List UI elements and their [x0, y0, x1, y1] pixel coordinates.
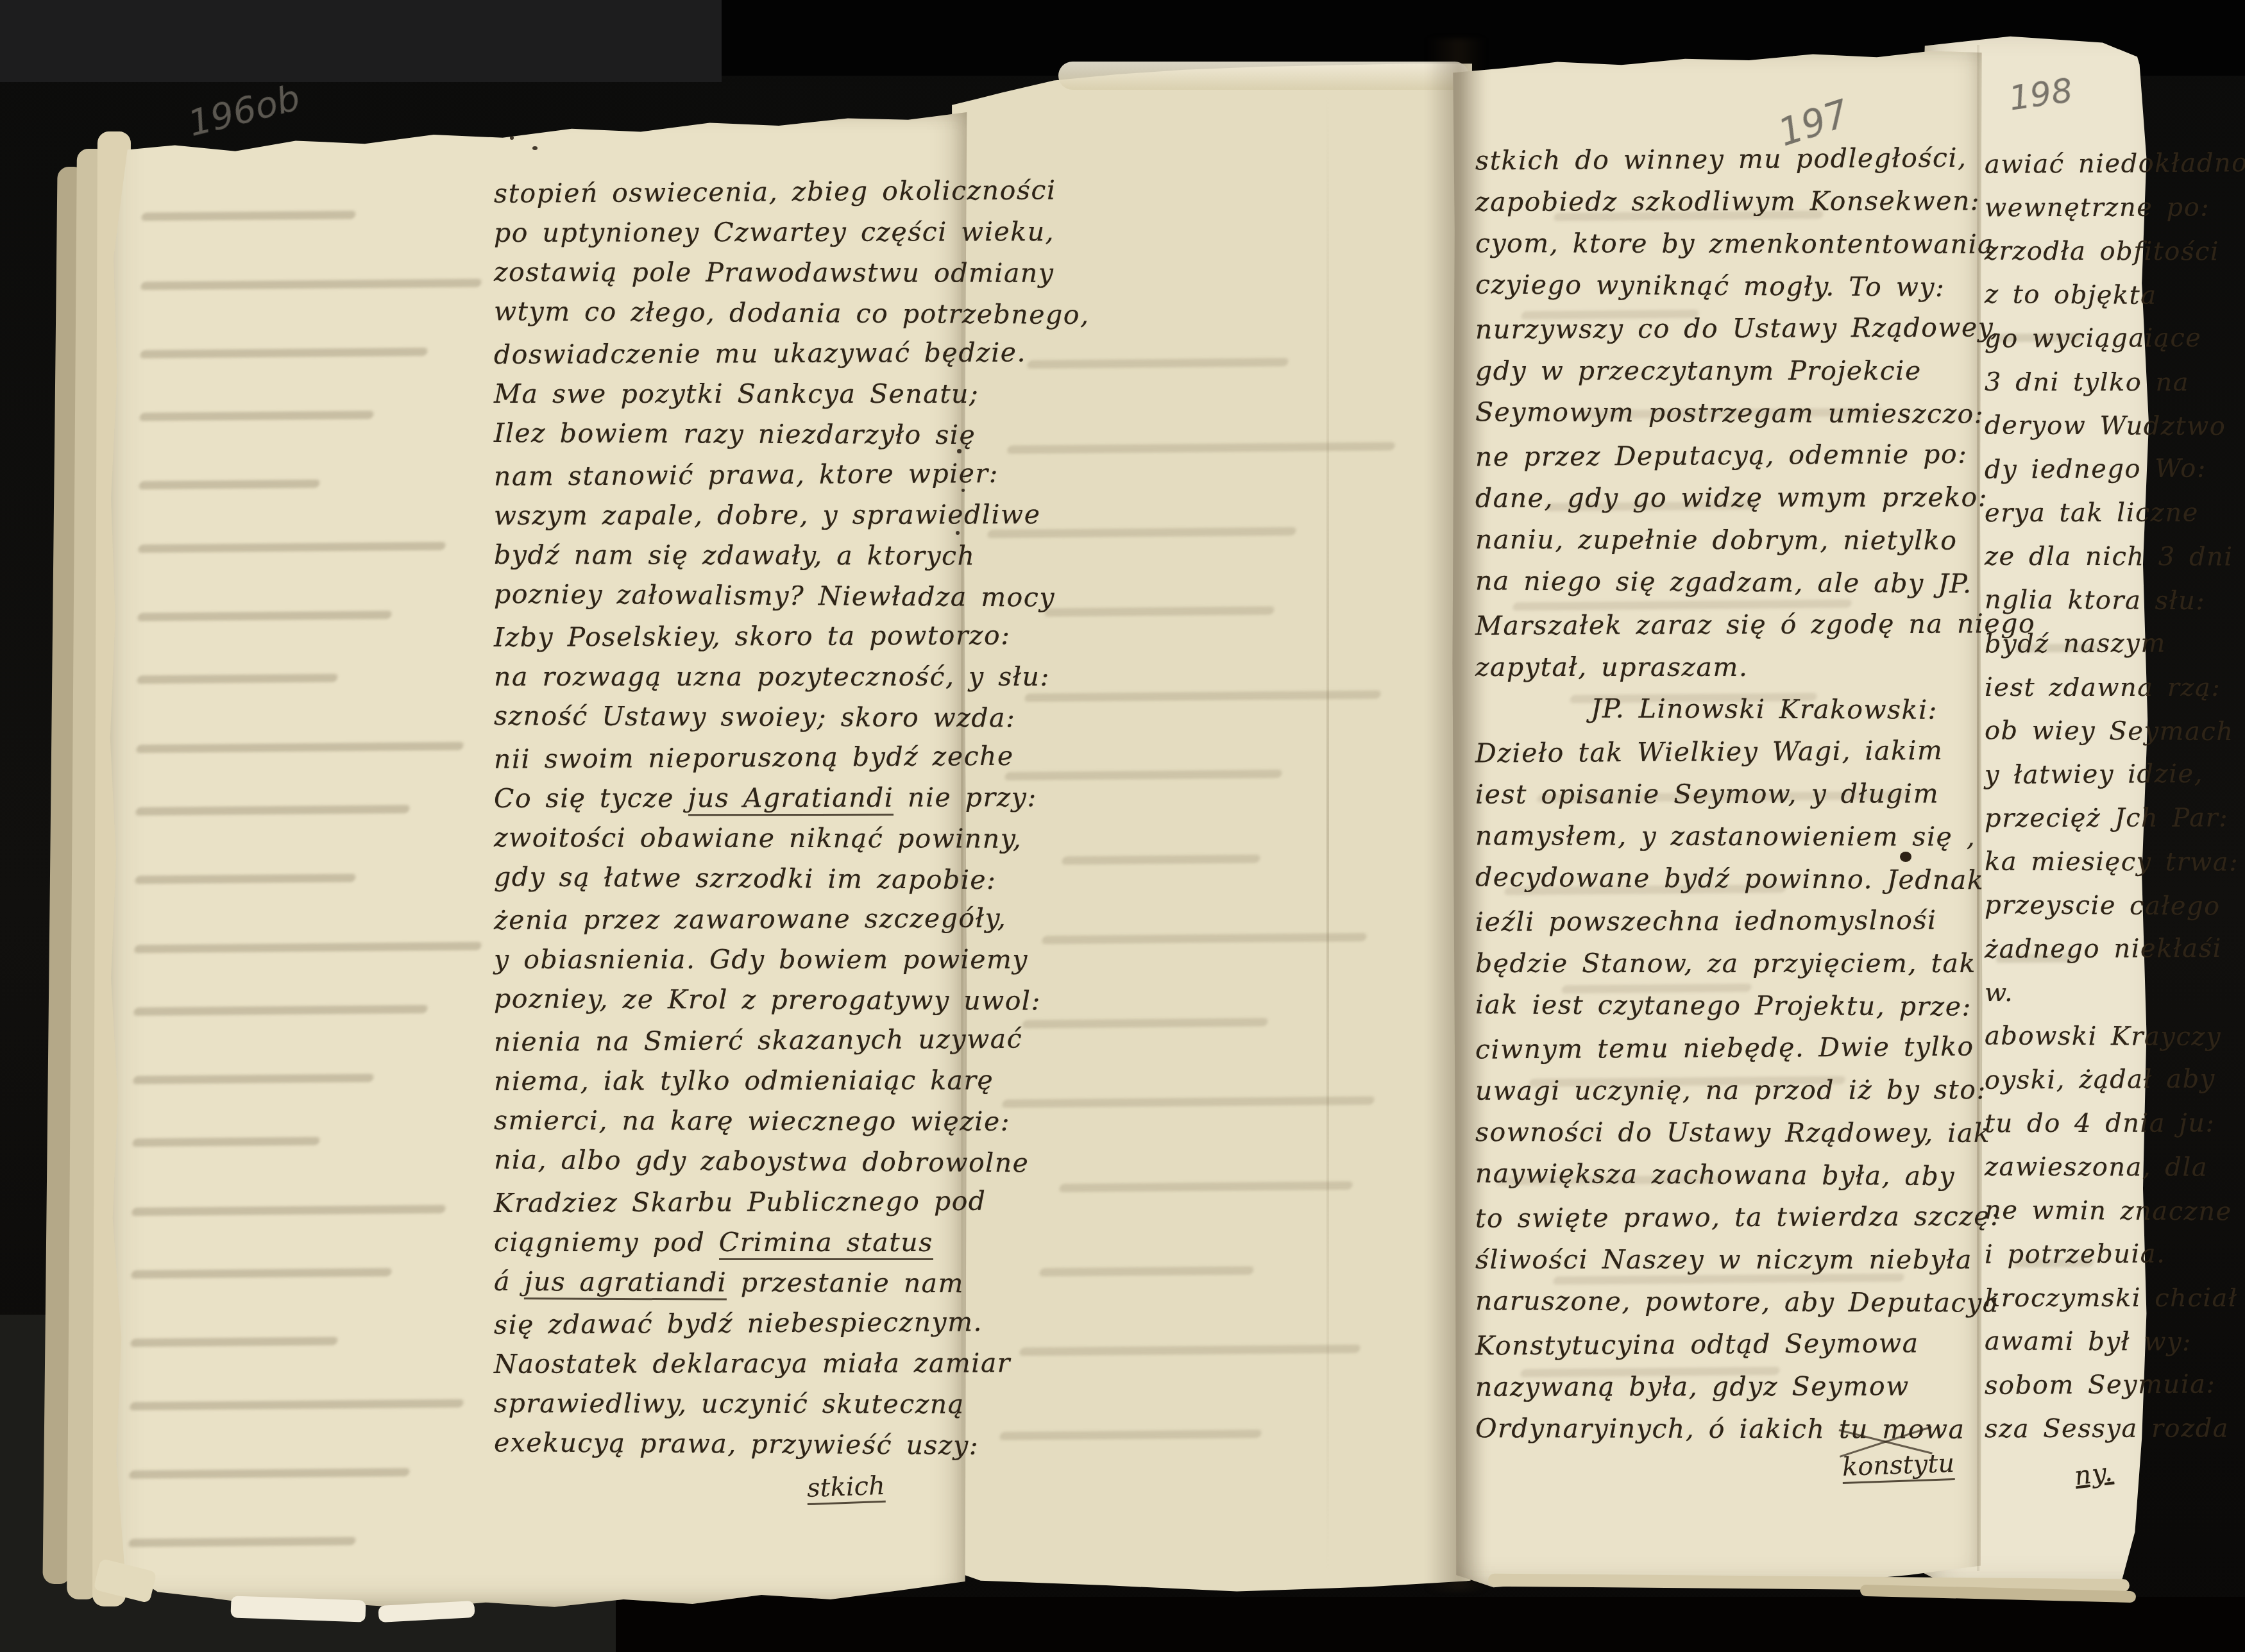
manuscript-line: wtym co złego, dodania co potrzebnego,: [494, 291, 1078, 335]
manuscript-line: Marszałek zaraz się ó zgodę na niego: [1475, 602, 2001, 646]
manuscript-line: exekucyą prawa, przywieść uszy:: [494, 1422, 1078, 1467]
manuscript-line-fragment: dy iednego Wo:: [1985, 447, 2145, 492]
manuscript-line-fragment: abowski Krayczy: [1985, 1014, 2145, 1058]
manuscript-line-fragment: w.: [1985, 971, 2145, 1015]
manuscript-line-fragment: awami był wy:: [1985, 1319, 2145, 1363]
manuscript-line: żenia przez zawarowane szczegóły,: [494, 898, 1078, 941]
background-patch: [0, 0, 722, 82]
manuscript-line: Ma swe pozytki Sankcya Senatu;: [494, 374, 1078, 414]
manuscript-line: iest opisanie Seymow, y długim: [1475, 772, 2001, 816]
manuscript-line: ciwnym temu niebędę. Dwie tylko: [1475, 1025, 2001, 1070]
manuscript-line: pozniey załowalismy? Niewładza mocy: [494, 574, 1078, 618]
manuscript-line: gdy są łatwe szrzodki im zapobie:: [494, 857, 1078, 901]
manuscript-line-fragment: 3 dni tylko na: [1985, 360, 2145, 404]
manuscript-line: stkich do winney mu podległości,: [1475, 136, 2001, 181]
manuscript-line: niema, iak tylko odmieniaiąc karę: [494, 1060, 1078, 1102]
bleedthrough-line: [1061, 855, 1260, 865]
manuscript-line-fragment: go wyciągaiące: [1985, 316, 2145, 360]
manuscript-line: smierci, na karę wiecznego więzie:: [494, 1100, 1078, 1142]
ink-speck: [957, 449, 962, 453]
manuscript-line-fragment: żadnego niekłaśi: [1985, 927, 2145, 971]
manuscript-line: gdy w przeczytanym Projekcie: [1475, 350, 2001, 392]
manuscript-line-fragment: z to objękta: [1985, 273, 2145, 317]
manuscript-line: szność Ustawy swoiey; skoro wzda:: [494, 696, 1078, 739]
manuscript-line: JP. Linowski Krakowski:: [1591, 687, 2001, 732]
manuscript-line: pozniey, ze Krol z prerogatywy uwol:: [494, 979, 1078, 1022]
manuscript-line-fragment: y łatwiey idzie,: [1985, 752, 2145, 797]
manuscript-line-fragment: sza Sessya rozda: [1985, 1407, 2145, 1451]
manuscript-line: będzie Stanow, za przyięciem, tak: [1475, 942, 2001, 984]
manuscript-line-fragment: ob wiey Seymach: [1985, 709, 2145, 753]
bleedthrough-line: [138, 480, 320, 489]
ink-speck: [956, 531, 960, 535]
manuscript-line-fragment: przeyscie całego: [1985, 883, 2145, 928]
manuscript-line: na rozwagą uzna pozyteczność, y słu:: [494, 657, 1078, 697]
left-page-text-column: stopień oswiecenia, zbieg okolicznościpo…: [494, 172, 1078, 1465]
manuscript-line-fragment: sobom Seymuia:: [1985, 1363, 2145, 1408]
manuscript-line-fragment: deryow Wudztwo: [1985, 403, 2145, 448]
manuscript-line: decydowane bydź powinno. Jednak: [1475, 855, 2001, 901]
manuscript-line: ne przez Deputacyą, odemnie po:: [1475, 432, 2001, 478]
manuscript-line: ieźli powszechna iednomyslnośi: [1475, 898, 2001, 943]
torn-top-edge: [1058, 62, 1469, 90]
bleedthrough-line: [131, 1137, 320, 1147]
manuscript-line: czyiego wyniknąć mogły. To wy:: [1475, 263, 2001, 308]
manuscript-line-fragment: ka miesięcy trwa:: [1985, 840, 2145, 884]
manuscript-line-fragment: ne wmin znaczne: [1985, 1188, 2145, 1233]
manuscript-line: sprawiedliwy, uczynić skuteczną: [494, 1383, 1078, 1425]
manuscript-line: to swięte prawo, ta twierdza szczę:: [1475, 1195, 2001, 1239]
manuscript-line-fragment: zrzodła obfitości: [1985, 230, 2145, 274]
manuscript-line-fragment: kroczymski chciał: [1985, 1276, 2145, 1320]
paper-crease: [1326, 90, 1329, 1578]
edge-page-text-fragments: awiać niedokładno.wewnętrzne po:zrzodła …: [1985, 142, 2145, 1494]
manuscript-line: uwagi uczynię, na przod iż by sto:: [1475, 1068, 2001, 1112]
manuscript-line: doswiadczenie mu ukazywać będzie.: [494, 332, 1078, 375]
manuscript-line: dane, gdy go widzę wmym przeko:: [1475, 476, 2001, 519]
manuscript-line: Konstytucyina odtąd Seymowa: [1475, 1321, 2001, 1367]
ink-speck: [532, 146, 538, 150]
catchword-struck: konstytu: [1842, 1449, 1955, 1484]
manuscript-line: nii swoim nieporuszoną bydź zeche: [494, 736, 1078, 780]
manuscript-line: wszym zapale, dobre, y sprawiedliwe: [494, 494, 1078, 536]
folio-number-pencil: 196ob: [184, 77, 304, 145]
manuscript-line: á jus agratiandi przestanie nam: [494, 1261, 1078, 1304]
torn-paper-sliver: [230, 1596, 366, 1622]
manuscript-line: ciągniemy pod Crimina status: [494, 1222, 1078, 1263]
manuscript-line: namysłem, y zastanowieniem się ,: [1475, 814, 2001, 858]
manuscript-line: na niego się zgadzam, ale aby JP.: [1475, 559, 2001, 605]
manuscript-line: bydź nam się zdawały, a ktorych: [494, 535, 1078, 577]
manuscript-line-fragment: wewnętrzne po:: [1985, 186, 2145, 230]
manuscript-line: nienia na Smierć skazanych uzywać: [494, 1018, 1078, 1063]
manuscript-line-fragment: ny.: [2072, 1447, 2147, 1499]
manuscript-line: się zdawać bydź niebespiecznym.: [494, 1301, 1078, 1345]
manuscript-line-fragment: nglia ktora słu:: [1985, 578, 2145, 623]
manuscript-line-fragment: erya tak liczne: [1985, 491, 2145, 535]
manuscript-line: Izby Poselskiey, skoro ta powtorzo:: [494, 615, 1078, 658]
manuscript-line-fragment: i potrzebuia.: [1985, 1232, 2145, 1276]
manuscript-line-fragment: zawieszona, dla: [1985, 1145, 2145, 1190]
manuscript-line: y obiasnienia. Gdy bowiem powiemy: [494, 940, 1078, 980]
manuscript-line: Seymowym postrzegam umieszczo:: [1475, 391, 2001, 435]
manuscript-line-fragment: bydź naszym: [1985, 621, 2145, 666]
ink-speck: [962, 489, 965, 492]
manuscript-photo: 196ob 197 198 stopień oswiecenia, zbieg …: [0, 0, 2245, 1652]
manuscript-line: Dzieło tak Wielkiey Wagi, iakim: [1475, 729, 2001, 774]
manuscript-line: nazywaną była, gdyz Seymow: [1475, 1365, 2001, 1408]
manuscript-line: naywiększa zachowana była, aby: [1475, 1152, 2001, 1197]
manuscript-line: śliwości Naszey w niczym niebyła: [1475, 1238, 2001, 1281]
ink-speck: [510, 136, 514, 140]
manuscript-line: naniu, zupełnie dobrym, nietylko: [1475, 518, 2001, 562]
catchword: stkich: [806, 1471, 885, 1505]
manuscript-line: zostawią pole Prawodawstwu odmiany: [494, 252, 1078, 294]
manuscript-line-fragment: ze dla nich 3 dni: [1985, 535, 2145, 579]
bleedthrough-line: [136, 674, 338, 684]
manuscript-line: Kradziez Skarbu Publicznego pod: [494, 1181, 1078, 1224]
manuscript-line: po uptynioney Czwartey części wieku,: [494, 212, 1078, 253]
manuscript-line-fragment: oyski, żądał aby: [1985, 1058, 2145, 1102]
ink-blot: [1900, 852, 1911, 862]
manuscript-line: nurzywszy co do Ustawy Rządowey,: [1475, 306, 2001, 350]
manuscript-line: zapytał, upraszam.: [1475, 646, 2001, 688]
manuscript-line: nia, albo gdy zaboystwa dobrowolne: [494, 1140, 1078, 1184]
manuscript-line: zapobiedz szkodliwym Konsekwen:: [1475, 180, 2001, 223]
manuscript-line: stopień oswiecenia, zbieg okoliczności: [494, 170, 1078, 214]
manuscript-line-fragment: awiać niedokładno.: [1985, 142, 2145, 187]
manuscript-line: Ilez bowiem razy niezdarzyło się: [494, 413, 1078, 456]
right-page-text-column: stkich do winney mu podległości,zapobied…: [1475, 138, 2001, 1450]
manuscript-line: iak iest czytanego Projektu, prze:: [1475, 983, 2001, 1027]
manuscript-line: sowności do Ustawy Rządowey, iak: [1475, 1111, 2001, 1154]
manuscript-line: cyom, ktore by zmenkontentowania: [1475, 222, 2001, 265]
manuscript-line-fragment: przecięż Jch Par:: [1985, 796, 2145, 841]
manuscript-line-fragment: iest zdawna rzą:: [1985, 666, 2145, 709]
manuscript-line-fragment: tu do 4 dnia ju:: [1985, 1102, 2145, 1146]
manuscript-line: nam stanowić prawa, ktore wpier:: [494, 453, 1078, 497]
manuscript-line: Co się tycze jus Agratiandi nie przy:: [494, 777, 1078, 819]
manuscript-line: Naostatek deklaracya miała zamiar: [494, 1343, 1078, 1385]
manuscript-line: naruszone, powtore, aby Deputacya: [1475, 1279, 2001, 1324]
background-patch: [616, 1597, 2245, 1652]
manuscript-line: zwoitości obawiane niknąć powinny,: [494, 818, 1078, 859]
